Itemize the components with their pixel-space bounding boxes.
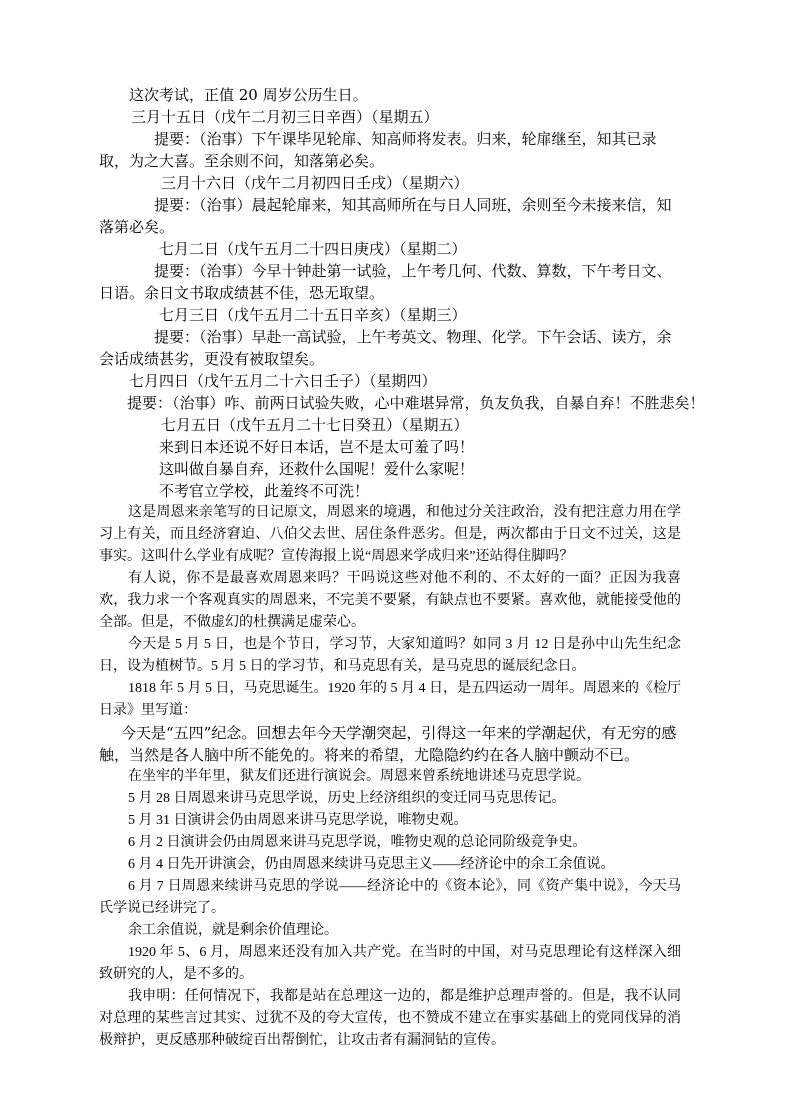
paragraph-11: 提要：（治事）咋、前两日试验失败，心中难堪异常，负友负我，自暴自弃！不胜悲矣！	[99, 392, 681, 414]
document-body: 这次考试，正值 20 周岁公历生日。三月十五日（戊午二月初三日辛酉）（星期五）提…	[99, 84, 681, 1052]
paragraph-14: 这叫做自暴自弃，还救什么国呢！爱什么家呢！	[99, 458, 681, 480]
paragraph-12: 七月五日（戊午五月二十七日癸丑）（星期五）	[99, 414, 681, 436]
paragraph-16: 这是周恩来亲笔写的日记原文，周恩来的境遇，和他过分关注政治，没有把注意力用在学习…	[99, 502, 681, 568]
paragraph-25: 6 月 4 日先开讲演会，仍由周恩来续讲马克思主义——经济论中的余工余值说。	[99, 854, 681, 876]
paragraph-29: 我申明：任何情况下，我都是站在总理这一边的，都是维护总理声誉的。但是，我不认同对…	[99, 986, 681, 1052]
paragraph-18: 今天是 5 月 5 日，也是个节日，学习节，大家知道吗？如同 3 月 12 日是…	[99, 634, 681, 678]
paragraph-26: 6 月 7 日周恩来续讲马克思的学说——经济论中的《资本论》，同《资产集中说》，…	[99, 876, 681, 920]
paragraph-15: 不考官立学校，此羞终不可洗！	[99, 480, 681, 502]
paragraph-22: 5 月 28 日周恩来讲马克思学说，历史上经济组织的变迁同马克思传记。	[99, 788, 681, 810]
paragraph-9: 提要：（治事）早赴一高试验，上午考英文、物理、化学。下午会话、读方，余会话成绩甚…	[99, 326, 681, 370]
paragraph-1: 这次考试，正值 20 周岁公历生日。	[99, 84, 681, 106]
paragraph-7: 提要：（治事）今早十钟赴第一试验，上午考几何、代数、算数，下午考日文、日语。余日…	[99, 260, 681, 304]
paragraph-23: 5 月 31 日演讲会仍由周恩来讲马克思学说，唯物史观。	[99, 810, 681, 832]
paragraph-27: 余工余值说，就是剩余价值理论。	[99, 920, 681, 942]
paragraph-24: 6 月 2 日演讲会仍由周恩来讲马克思学说，唯物史观的总论同阶级竞争史。	[99, 832, 681, 854]
paragraph-21: 在坐牢的半年里，狱友们还进行演说会。周恩来曾系统地讲述马克思学说。	[99, 766, 681, 788]
paragraph-10: 七月四日（戊午五月二十六日壬子）（星期四）	[99, 370, 681, 392]
paragraph-2: 三月十五日（戊午二月初三日辛酉）（星期五）	[99, 106, 681, 128]
paragraph-5: 提要：（治事）晨起轮扉来，知其高师所在与日人同班，余则至今未接来信，知落第必矣。	[99, 194, 681, 238]
paragraph-4: 三月十六日（戊午二月初四日壬戌）（星期六）	[99, 172, 681, 194]
paragraph-8: 七月三日（戊午五月二十五日辛亥）（星期三）	[99, 304, 681, 326]
paragraph-3: 提要：（治事）下午课毕见轮扉、知高师将发表。归来，轮扉继至，知其已录取，为之大喜…	[99, 128, 681, 172]
paragraph-20: 今天是“五四”纪念。回想去年今天学潮突起，引得这一年来的学潮起伏，有无穷的感触，…	[99, 722, 681, 766]
paragraph-13: 来到日本还说不好日本话，岂不是太可羞了吗！	[99, 436, 681, 458]
paragraph-19: 1818 年 5 月 5 日，马克思诞生。1920 年的 5 月 4 日，是五四…	[99, 678, 681, 722]
document-page: 这次考试，正值 20 周岁公历生日。三月十五日（戊午二月初三日辛酉）（星期五）提…	[0, 0, 800, 1100]
paragraph-28: 1920 年 5、6 月，周恩来还没有加入共产党。在当时的中国，对马克思理论有这…	[99, 942, 681, 986]
paragraph-17: 有人说，你不是最喜欢周恩来吗？干吗说这些对他不利的、不太好的一面？正因为我喜欢，…	[99, 568, 681, 634]
paragraph-6: 七月二日（戊午五月二十四日庚戌）（星期二）	[99, 238, 681, 260]
